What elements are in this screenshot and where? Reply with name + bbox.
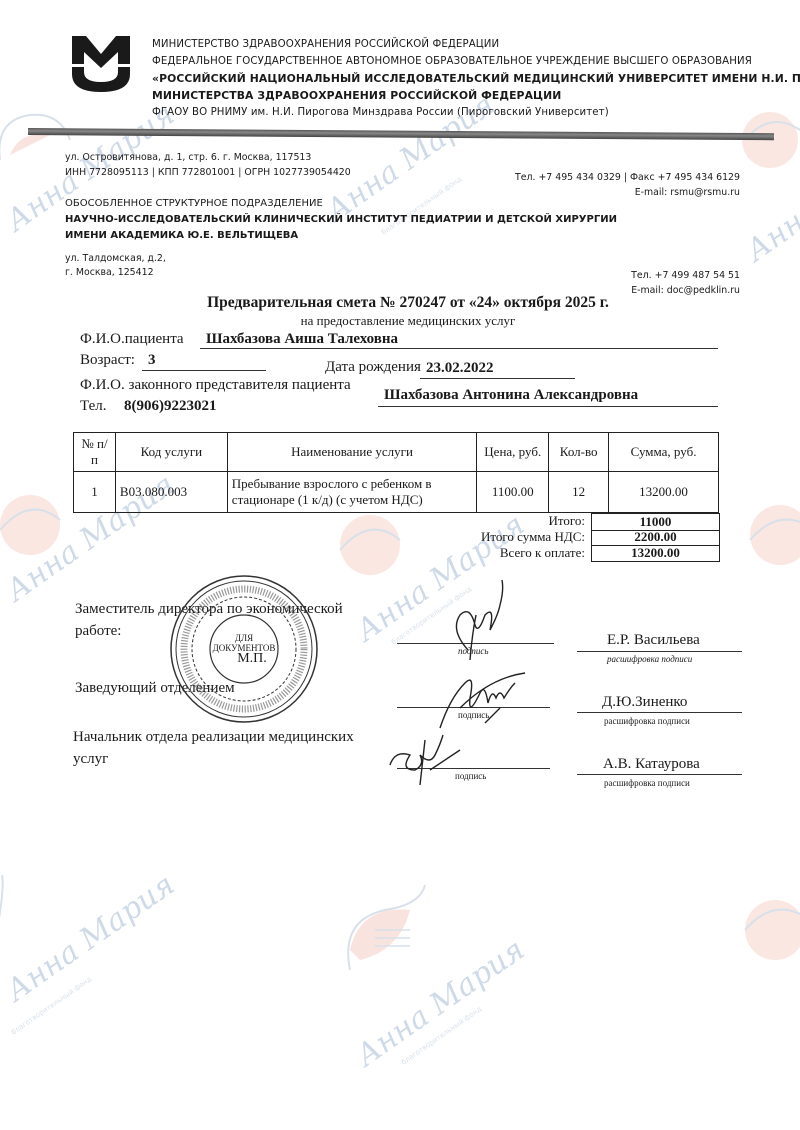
patient-name-value: Шахбазова Аиша Талеховна <box>206 331 398 348</box>
table-row: 1 B03.080.003 Пребывание взрослого с реб… <box>74 472 719 513</box>
watermark: Анна Мария благотворительный фонд <box>330 880 440 985</box>
age-value: 3 <box>148 352 156 369</box>
cell-num: 1 <box>74 472 116 513</box>
watermark-logo-icon <box>0 870 30 950</box>
document-title: Предварительная смета № 270247 от «24» о… <box>0 294 800 312</box>
representative-value: Шахбазова Антонина Александровна <box>384 387 638 404</box>
official-stamp: ДЛЯ ДОКУМЕНТОВ М.П. <box>168 573 320 725</box>
name-line-2 <box>577 712 742 713</box>
phone-value: 8(906)9223021 <box>124 398 217 415</box>
watermark: Анна Мария благотворительный фонд <box>320 500 420 595</box>
name-caption-2: расшифровка подписи <box>604 716 690 726</box>
dob-label: Дата рождения <box>325 359 421 376</box>
name-line-3 <box>577 774 742 775</box>
watermark <box>740 490 800 585</box>
header-service-name: Наименование услуги <box>227 433 476 472</box>
total-label: Всего к оплате: <box>500 545 585 561</box>
watermark: Анна Мария благотворительный фонд <box>0 870 30 955</box>
age-label: Возраст: <box>80 352 135 369</box>
cell-price: 1100.00 <box>477 472 549 513</box>
header-num: № п/п <box>74 433 116 472</box>
department-address: ул. Талдомская, д.2, г. Москва, 125412 <box>65 252 166 280</box>
header-code: Код услуги <box>115 433 227 472</box>
signatory-name-3: А.В. Катаурова <box>603 756 700 773</box>
vat-label: Итого сумма НДС: <box>481 529 585 545</box>
name-caption-1: расшифровка подписи <box>607 654 692 664</box>
stamp-text-top: ДЛЯ <box>168 633 320 643</box>
signature-2-icon <box>430 668 540 733</box>
watermark <box>735 880 800 975</box>
header-sum: Сумма, руб. <box>609 433 719 472</box>
services-table: № п/п Код услуги Наименование услуги Цен… <box>73 432 719 513</box>
organization-header: МИНИСТЕРСТВО ЗДРАВООХРАНЕНИЯ РОССИЙСКОЙ … <box>152 36 800 121</box>
header-divider <box>28 128 774 140</box>
watermark-logo-icon <box>0 480 80 570</box>
name-caption-3: расшифровка подписи <box>604 778 690 788</box>
watermark-logo-icon <box>735 880 800 970</box>
department-header: ОБОСОБЛЕННОЕ СТРУКТУРНОЕ ПОДРАЗДЕЛЕНИЕ Н… <box>65 196 617 244</box>
name-line-1 <box>577 651 742 652</box>
stamp-text-mp: М.П. <box>168 651 320 667</box>
watermark: Анна Мария <box>0 480 80 575</box>
cell-qty: 12 <box>549 472 609 513</box>
table-header-row: № п/п Код услуги Наименование услуги Цен… <box>74 433 719 472</box>
age-underline <box>142 370 266 371</box>
signatory-name-1: Е.Р. Васильева <box>607 632 700 649</box>
vat-value: 2200.00 <box>591 529 720 546</box>
header-price: Цена, руб. <box>477 433 549 472</box>
signatory-role-3: Начальник отдела реализации медицинских … <box>73 726 383 770</box>
dob-value: 23.02.2022 <box>426 360 494 377</box>
university-logo-icon <box>68 32 134 94</box>
watermark-logo-icon <box>740 490 800 580</box>
header-qty: Кол-во <box>549 433 609 472</box>
patient-name-label: Ф.И.О.пациента <box>80 331 184 348</box>
patient-name-underline <box>200 348 718 349</box>
representative-label: Ф.И.О. законного представителя пациента <box>80 377 351 394</box>
watermark-logo-icon <box>330 880 440 980</box>
signatory-name-2: Д.Ю.Зиненко <box>602 694 687 711</box>
signature-1-icon <box>440 575 530 665</box>
cell-service-name: Пребывание взрослого с ребенком в стацио… <box>227 472 476 513</box>
signature-3-icon <box>385 725 475 795</box>
document-subtitle: на предоставление медицинских услуг <box>0 313 800 329</box>
subtotal-label: Итого: <box>548 513 585 529</box>
phone-label: Тел. <box>80 398 106 415</box>
dob-underline <box>420 378 575 379</box>
cell-code: B03.080.003 <box>115 472 227 513</box>
university-address: ул. Островитянова, д. 1, стр. 6. г. Моск… <box>65 150 351 180</box>
total-value: 13200.00 <box>591 545 720 562</box>
representative-underline <box>378 406 718 407</box>
watermark-logo-icon <box>320 500 420 590</box>
cell-sum: 13200.00 <box>609 472 719 513</box>
